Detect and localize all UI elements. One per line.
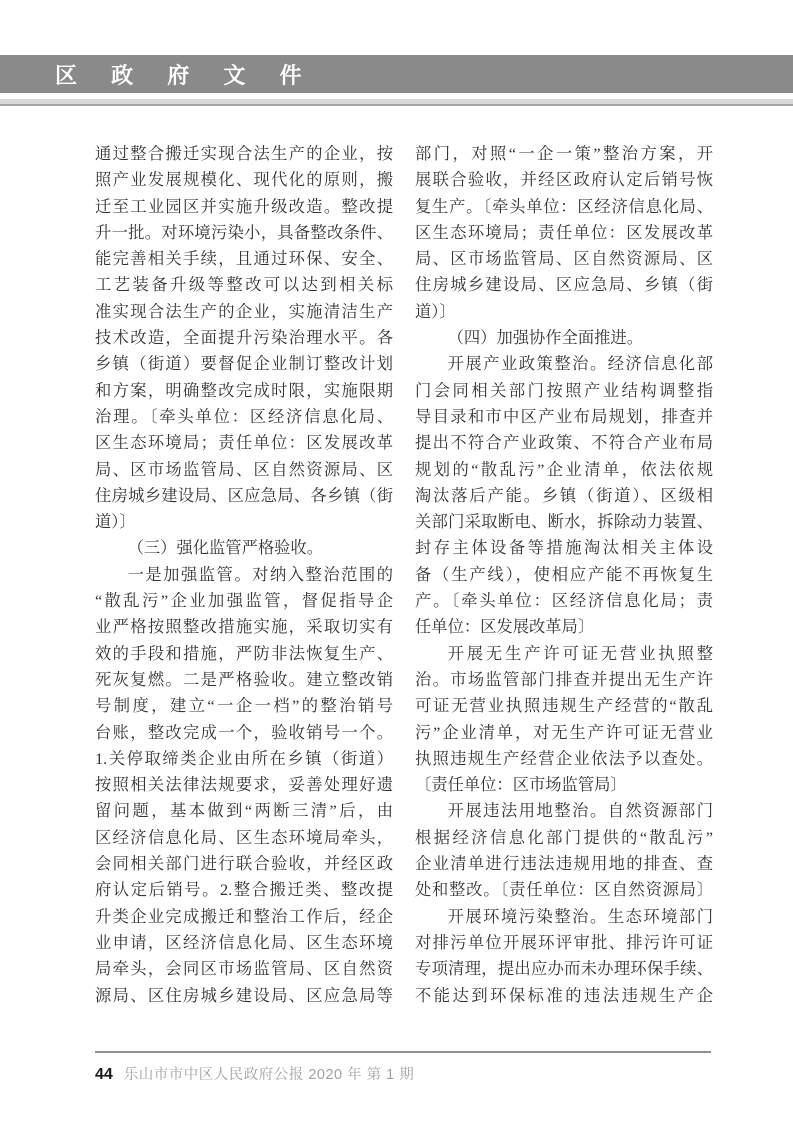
text-line: 展联合验收，并经区政府认定后销号恢 [415,167,713,193]
text-line: 不能达到环保标准的违法违规生产企 [415,983,713,1009]
text-line: 会同相关部门进行联合验收，并经区政 [95,851,393,877]
text-line: 开展产业政策整治。经济信息化部 [415,351,713,377]
text-line: 处和整改。〔责任单位：区自然资源局〕 [415,877,713,903]
text-line: 专项清理，提出应办而未办理环保手续、 [415,956,713,982]
text-line: 局、区市场监管局、区自然资源局、区 [95,457,393,483]
text-line: 封存主体设备等措施淘汰相关主体设 [415,535,713,561]
text-line: 号制度，建立“一企一档”的整治销号 [95,693,393,719]
text-line: 升类企业完成搬迁和整治工作后，经企 [95,904,393,930]
text-line: 根据经济信息化部门提供的“散乱污” [415,825,713,851]
text-line: 污”企业清单，对无生产许可证无营业 [415,720,713,746]
text-line: 备（生产线），使相应产能不再恢复生 [415,562,713,588]
text-line: 留问题，基本做到“两断三清”后，由 [95,798,393,824]
text-line: 开展无生产许可证无营业执照整 [415,641,713,667]
text-line: 升一批。对环境污染小，具备整改条件、 [95,220,393,246]
text-line: 区生态环境局；责任单位：区发展改革 [415,220,713,246]
text-line: 区生态环境局；责任单位：区发展改革 [95,430,393,456]
text-line: 局、区市场监管局、区自然资源局、区 [415,246,713,272]
text-line: 产。〔牵头单位：区经济信息化局；责 [415,588,713,614]
footer-text: 44 乐山市市中区人民政府公报 2020 年 第 1 期 [95,1063,414,1084]
text-line: 道）〕 [95,509,393,535]
text-line: 治。市场监管部门排查并提出无生产许 [415,667,713,693]
text-line: 一是加强监管。对纳入整治范围的 [95,562,393,588]
header-divider [0,99,793,106]
text-line: 府认定后销号。2.整合搬迁类、整改提 [95,877,393,903]
text-line: 1.关停取缔类企业由所在乡镇（街道） [95,746,393,772]
text-line: “散乱污”企业加强监管，督促指导企 [95,588,393,614]
text-line: 开展违法用地整治。自然资源部门 [415,798,713,824]
text-line: （三）强化监管严格验收。 [95,535,393,561]
text-line: 迁至工业园区并实施升级改造。整改提 [95,194,393,220]
text-line: 乡镇（街道）要督促企业制订整改计划 [95,351,393,377]
text-line: 台账，整改完成一个，验收销号一个。 [95,720,393,746]
text-line: 淘汰落后产能。乡镇（街道）、区级相 [415,483,713,509]
text-line: 技术改造，全面提升污染治理水平。各 [95,325,393,351]
text-line: 工艺装备升级等整改可以达到相关标 [95,272,393,298]
text-line: 照产业发展规模化、现代化的原则，搬 [95,167,393,193]
page-number: 44 [95,1066,113,1084]
text-line: 区经济信息化局、区生态环境局牵头， [95,825,393,851]
gazette-caption: 乐山市市中区人民政府公报 2020 年 第 1 期 [124,1063,414,1084]
text-line: 源局、区住房城乡建设局、区应急局等 [95,983,393,1009]
text-line: 执照违规生产经营企业依法予以查处。 [415,746,713,772]
section-title: 区 政 府 文 件 [55,59,315,90]
section-header-band: 区 政 府 文 件 [0,55,793,93]
text-line: 效的手段和措施，严防非法恢复生产、 [95,641,393,667]
text-line: 对排污单位开展环评审批、排污许可证 [415,930,713,956]
text-line: 局牵头，会同区市场监管局、区自然资 [95,956,393,982]
text-line: 能完善相关手续，且通过环保、安全、 [95,246,393,272]
text-line: 住房城乡建设局、区应急局、各乡镇（街 [95,483,393,509]
footer-rule [95,1051,711,1053]
text-line: 准实现合法生产的企业，实施清洁生产 [95,299,393,325]
right-column: 部门，对照“一企一策”整治方案，开展联合验收，并经区政府认定后销号恢复生产。〔牵… [415,141,713,1009]
text-line: 死灰复燃。二是严格验收。建立整改销 [95,667,393,693]
text-line: 可证无营业执照违规生产经营的“散乱 [415,693,713,719]
text-line: 住房城乡建设局、区应急局、乡镇（街 [415,272,713,298]
left-column: 通过整合搬迁实现合法生产的企业，按照产业发展规模化、现代化的原则，搬迁至工业园区… [95,141,393,1009]
text-line: 部门，对照“一企一策”整治方案，开 [415,141,713,167]
text-line: 企业清单进行违法违规用地的排查、查 [415,851,713,877]
text-line: 复生产。〔牵头单位：区经济信息化局、 [415,194,713,220]
text-line: 〔责任单位：区市场监管局〕 [415,772,713,798]
text-line: 和方案，明确整改完成时限，实施限期 [95,378,393,404]
text-line: （四）加强协作全面推进。 [415,325,713,351]
text-line: 关部门采取断电、断水，拆除动力装置、 [415,509,713,535]
text-line: 导目录和市中区产业布局规划，排查并 [415,404,713,430]
text-line: 道）〕 [415,299,713,325]
text-line: 开展环境污染整治。生态环境部门 [415,904,713,930]
text-line: 业申请，区经济信息化局、区生态环境 [95,930,393,956]
text-line: 治理。〔牵头单位：区经济信息化局、 [95,404,393,430]
gazette-page: 区 政 府 文 件 通过整合搬迁实现合法生产的企业，按照产业发展规模化、现代化的… [0,0,793,1122]
text-line: 通过整合搬迁实现合法生产的企业，按 [95,141,393,167]
text-line: 门会同相关部门按照产业结构调整指 [415,378,713,404]
text-line: 提出不符合产业政策、不符合产业布局 [415,430,713,456]
text-line: 规划的“散乱污”企业清单，依法依规 [415,457,713,483]
text-line: 任单位：区发展改革局〕 [415,614,713,640]
text-line: 业严格按照整改措施实施，采取切实有 [95,614,393,640]
text-line: 按照相关法律法规要求，妥善处理好遗 [95,772,393,798]
